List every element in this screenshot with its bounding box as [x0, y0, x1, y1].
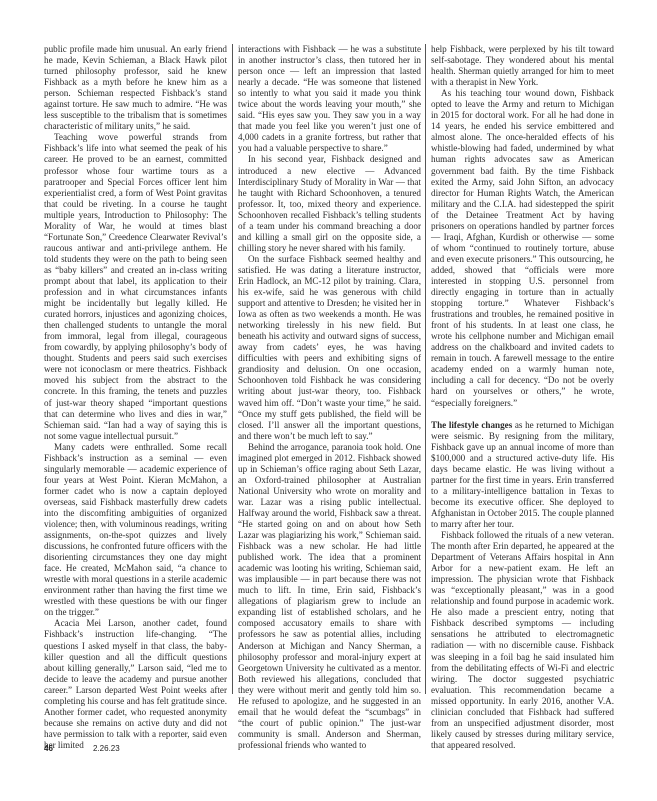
- issue-date: 2.26.23: [93, 744, 120, 753]
- paragraph: Fishback followed the rituals of a new v…: [431, 530, 614, 751]
- paragraph-body: as he returned to Michigan were seismic.…: [431, 420, 614, 529]
- paragraph: Acacia Mei Larson, another cadet, found …: [44, 618, 227, 751]
- paragraph: public profile made him unusual. An earl…: [44, 44, 227, 132]
- paragraph: On the surface Fishback seemed healthy a…: [238, 254, 421, 442]
- section-paragraph: The lifestyle changes as he returned to …: [431, 420, 614, 530]
- column-divider: [232, 44, 233, 694]
- paragraph: Behind the arrogance, paranoia took hold…: [238, 442, 421, 751]
- text-column-3: help Fishback, were perplexed by his til…: [431, 44, 614, 751]
- column-divider: [425, 44, 426, 694]
- magazine-page: public profile made him unusual. An earl…: [0, 0, 657, 801]
- text-column-2: interactions with Fishback — he was a su…: [238, 44, 421, 751]
- paragraph: interactions with Fishback — he was a su…: [238, 44, 421, 154]
- paragraph: help Fishback, were perplexed by his til…: [431, 44, 614, 88]
- paragraph: In his second year, Fishback designed an…: [238, 154, 421, 253]
- paragraph: As his teaching tour wound down, Fishbac…: [431, 88, 614, 408]
- page-number: 46: [44, 744, 53, 753]
- section-lead-in: The lifestyle changes: [431, 420, 512, 430]
- text-column-1: public profile made him unusual. An earl…: [44, 44, 227, 751]
- paragraph: Teaching wove powerful strands from Fish…: [44, 132, 227, 441]
- paragraph: Many cadets were enthralled. Some recall…: [44, 442, 227, 619]
